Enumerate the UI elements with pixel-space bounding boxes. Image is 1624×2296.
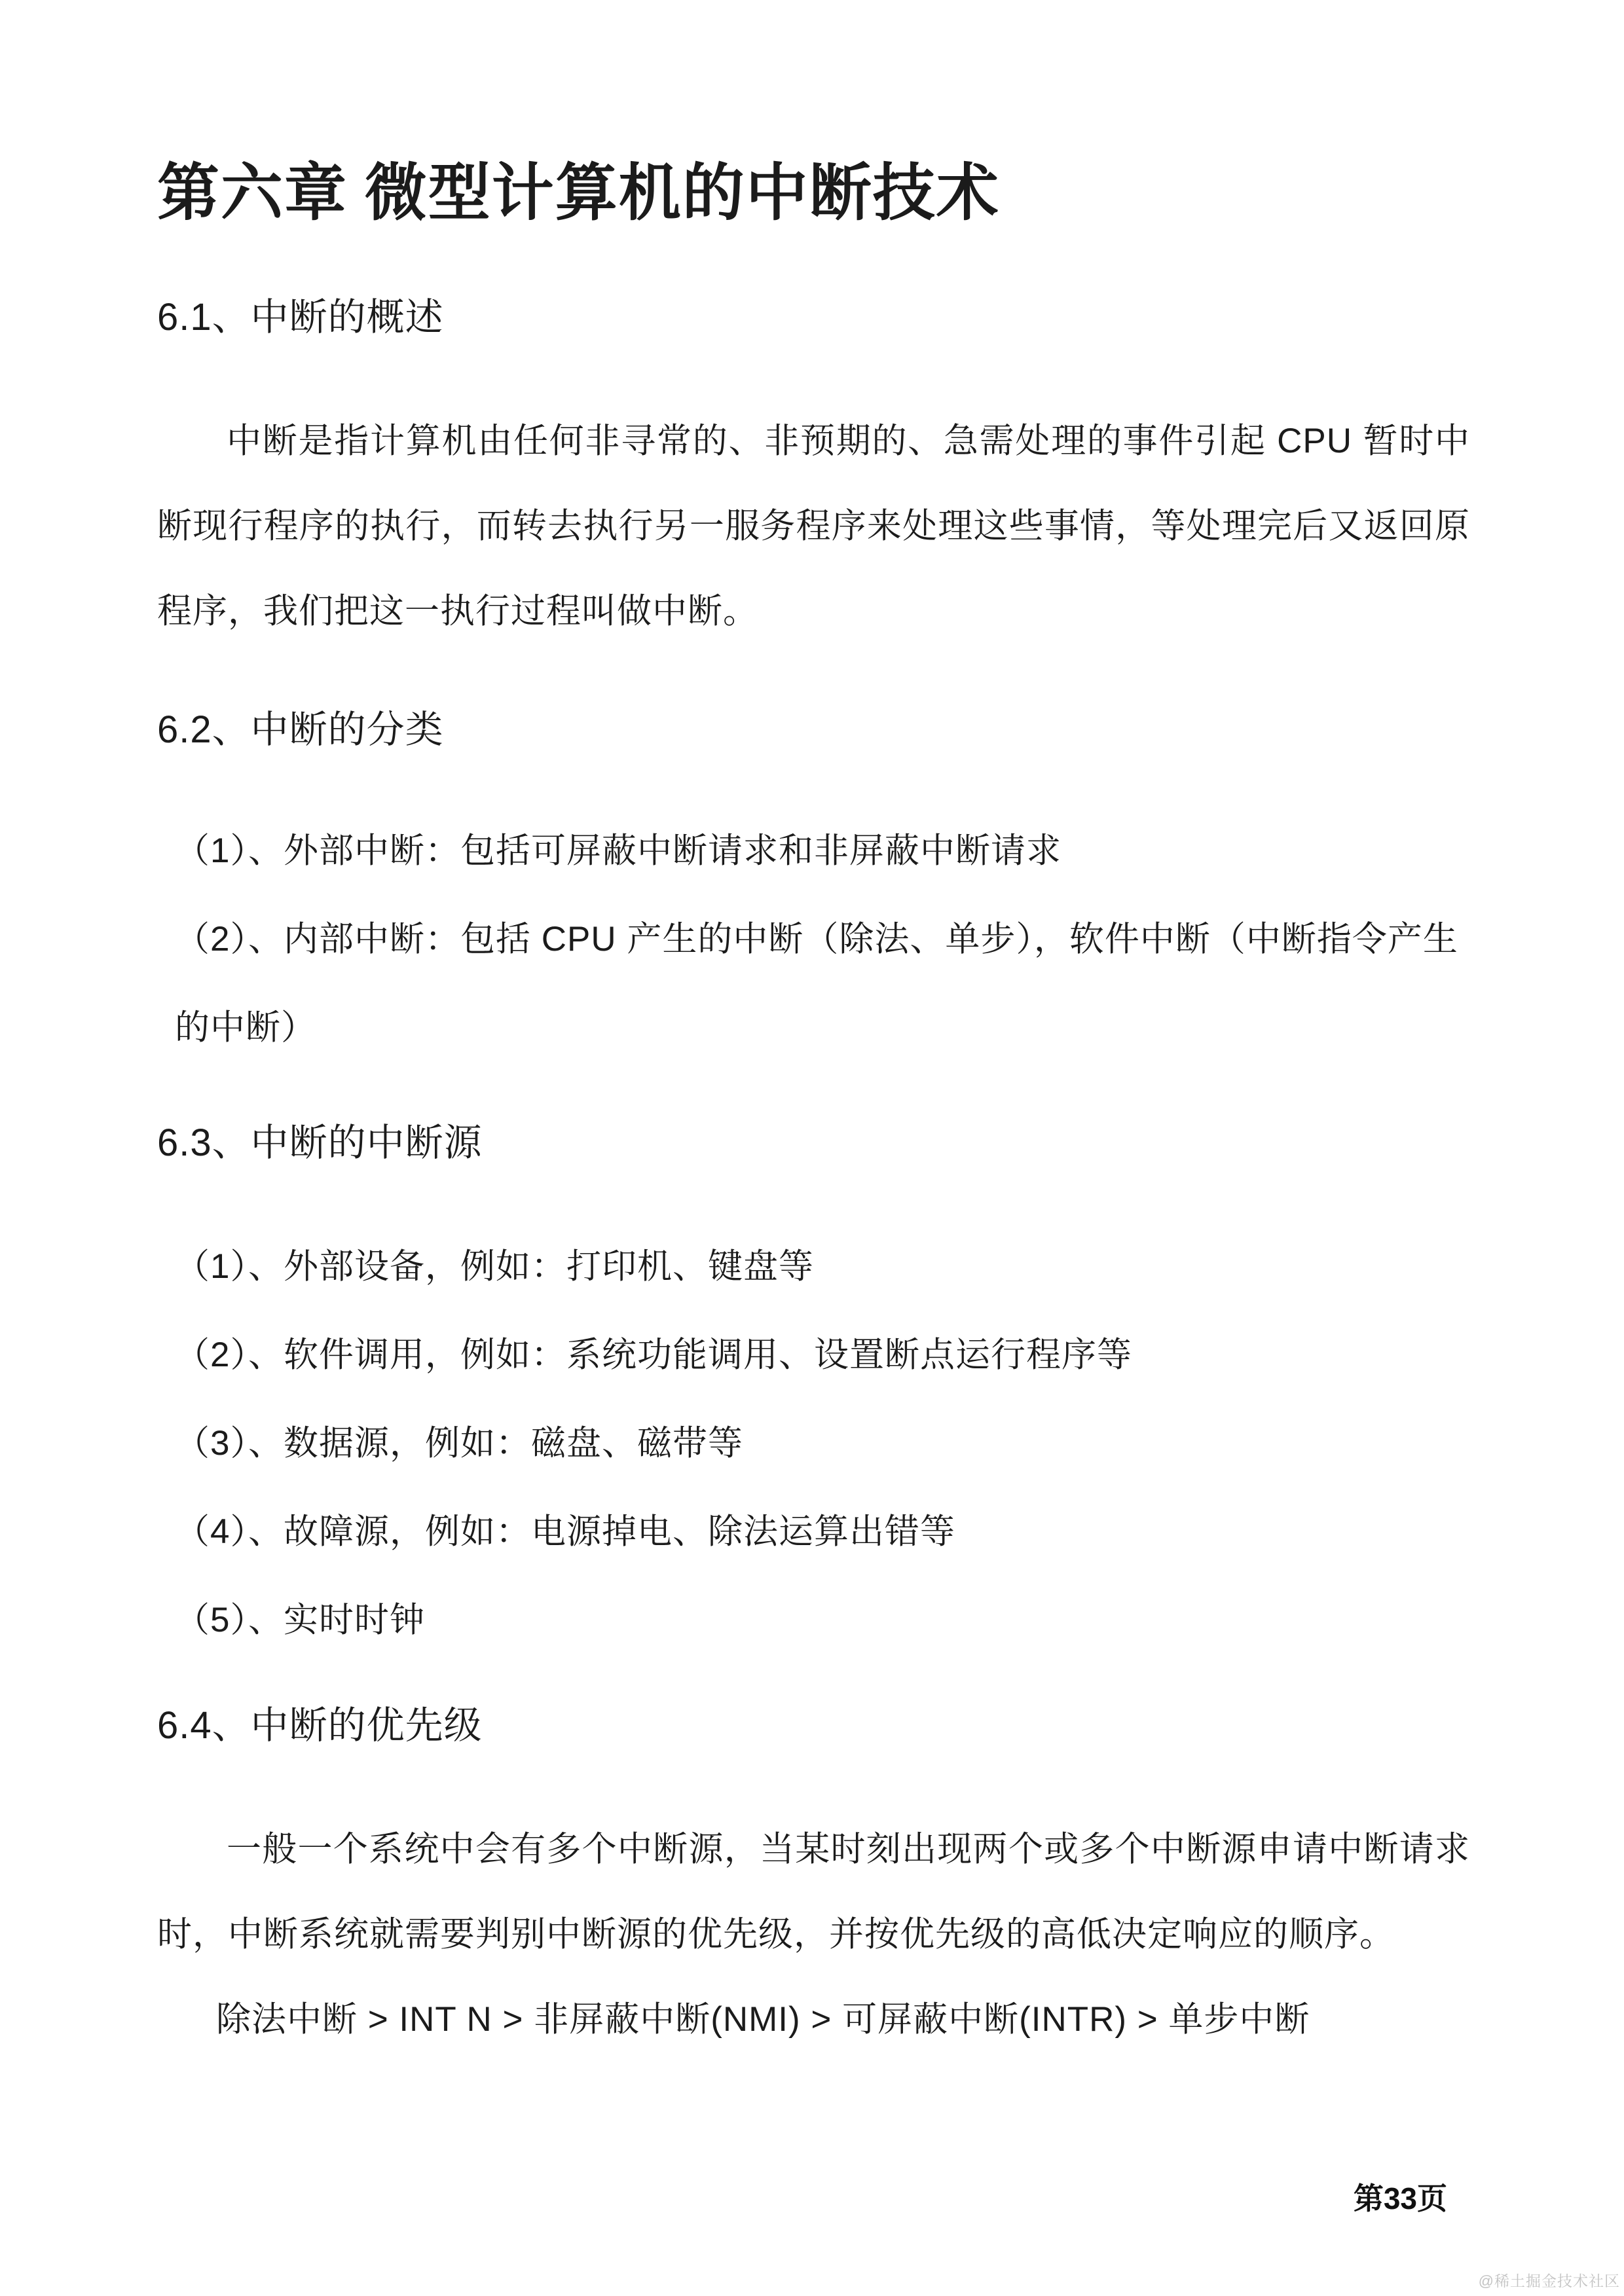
section-heading-6-1: 6.1、中断的概述 [157, 298, 1470, 337]
section-heading-6-2: 6.2、中断的分类 [157, 710, 1470, 750]
paragraph-interrupt-priority: 一般一个系统中会有多个中断源，当某时刻出现两个或多个中断源申请中断请求时，中断系… [157, 1807, 1470, 1977]
document-page: 第六章 微型计算机的中断技术 6.1、中断的概述 中断是指计算机由任何非寻常的、… [0, 0, 1624, 2296]
page-content: 第六章 微型计算机的中断技术 6.1、中断的概述 中断是指计算机由任何非寻常的、… [0, 162, 1624, 2062]
list-item: （2）、软件调用，例如：系统功能调用、设置断点运行程序等 [175, 1311, 1470, 1399]
page-title: 第六章 微型计算机的中断技术 [157, 162, 1470, 225]
paragraph-interrupt-overview: 中断是指计算机由任何非寻常的、非预期的、急需处理的事件引起 CPU 暂时中断现行… [157, 399, 1470, 654]
interrupt-category-list: （1）、外部中断：包括可屏蔽中断请求和非屏蔽中断请求 （2）、内部中断：包括 C… [157, 807, 1470, 1072]
section-heading-6-4: 6.4、中断的优先级 [157, 1706, 1470, 1745]
list-item: （4）、故障源，例如：电源掉电、除法运算出错等 [175, 1487, 1470, 1576]
watermark: @稀土掘金技术社区 [1479, 2272, 1620, 2290]
interrupt-priority-order-line: 除法中断 > INT N > 非屏蔽中断(NMI) > 可屏蔽中断(INTR) … [157, 1977, 1470, 2062]
list-item: （5）、实时时钟 [175, 1576, 1470, 1664]
page-number: 第33页 [1354, 2181, 1447, 2215]
list-item: （1）、外部设备，例如：打印机、键盘等 [175, 1222, 1470, 1311]
list-item: （1）、外部中断：包括可屏蔽中断请求和非屏蔽中断请求 [175, 807, 1470, 895]
interrupt-source-list: （1）、外部设备，例如：打印机、键盘等 （2）、软件调用，例如：系统功能调用、设… [157, 1222, 1470, 1664]
list-item: （2）、内部中断：包括 CPU 产生的中断（除法、单步），软件中断（中断指令产生… [175, 895, 1470, 1072]
list-item: （3）、数据源，例如：磁盘、磁带等 [175, 1399, 1470, 1487]
section-heading-6-3: 6.3、中断的中断源 [157, 1123, 1470, 1163]
